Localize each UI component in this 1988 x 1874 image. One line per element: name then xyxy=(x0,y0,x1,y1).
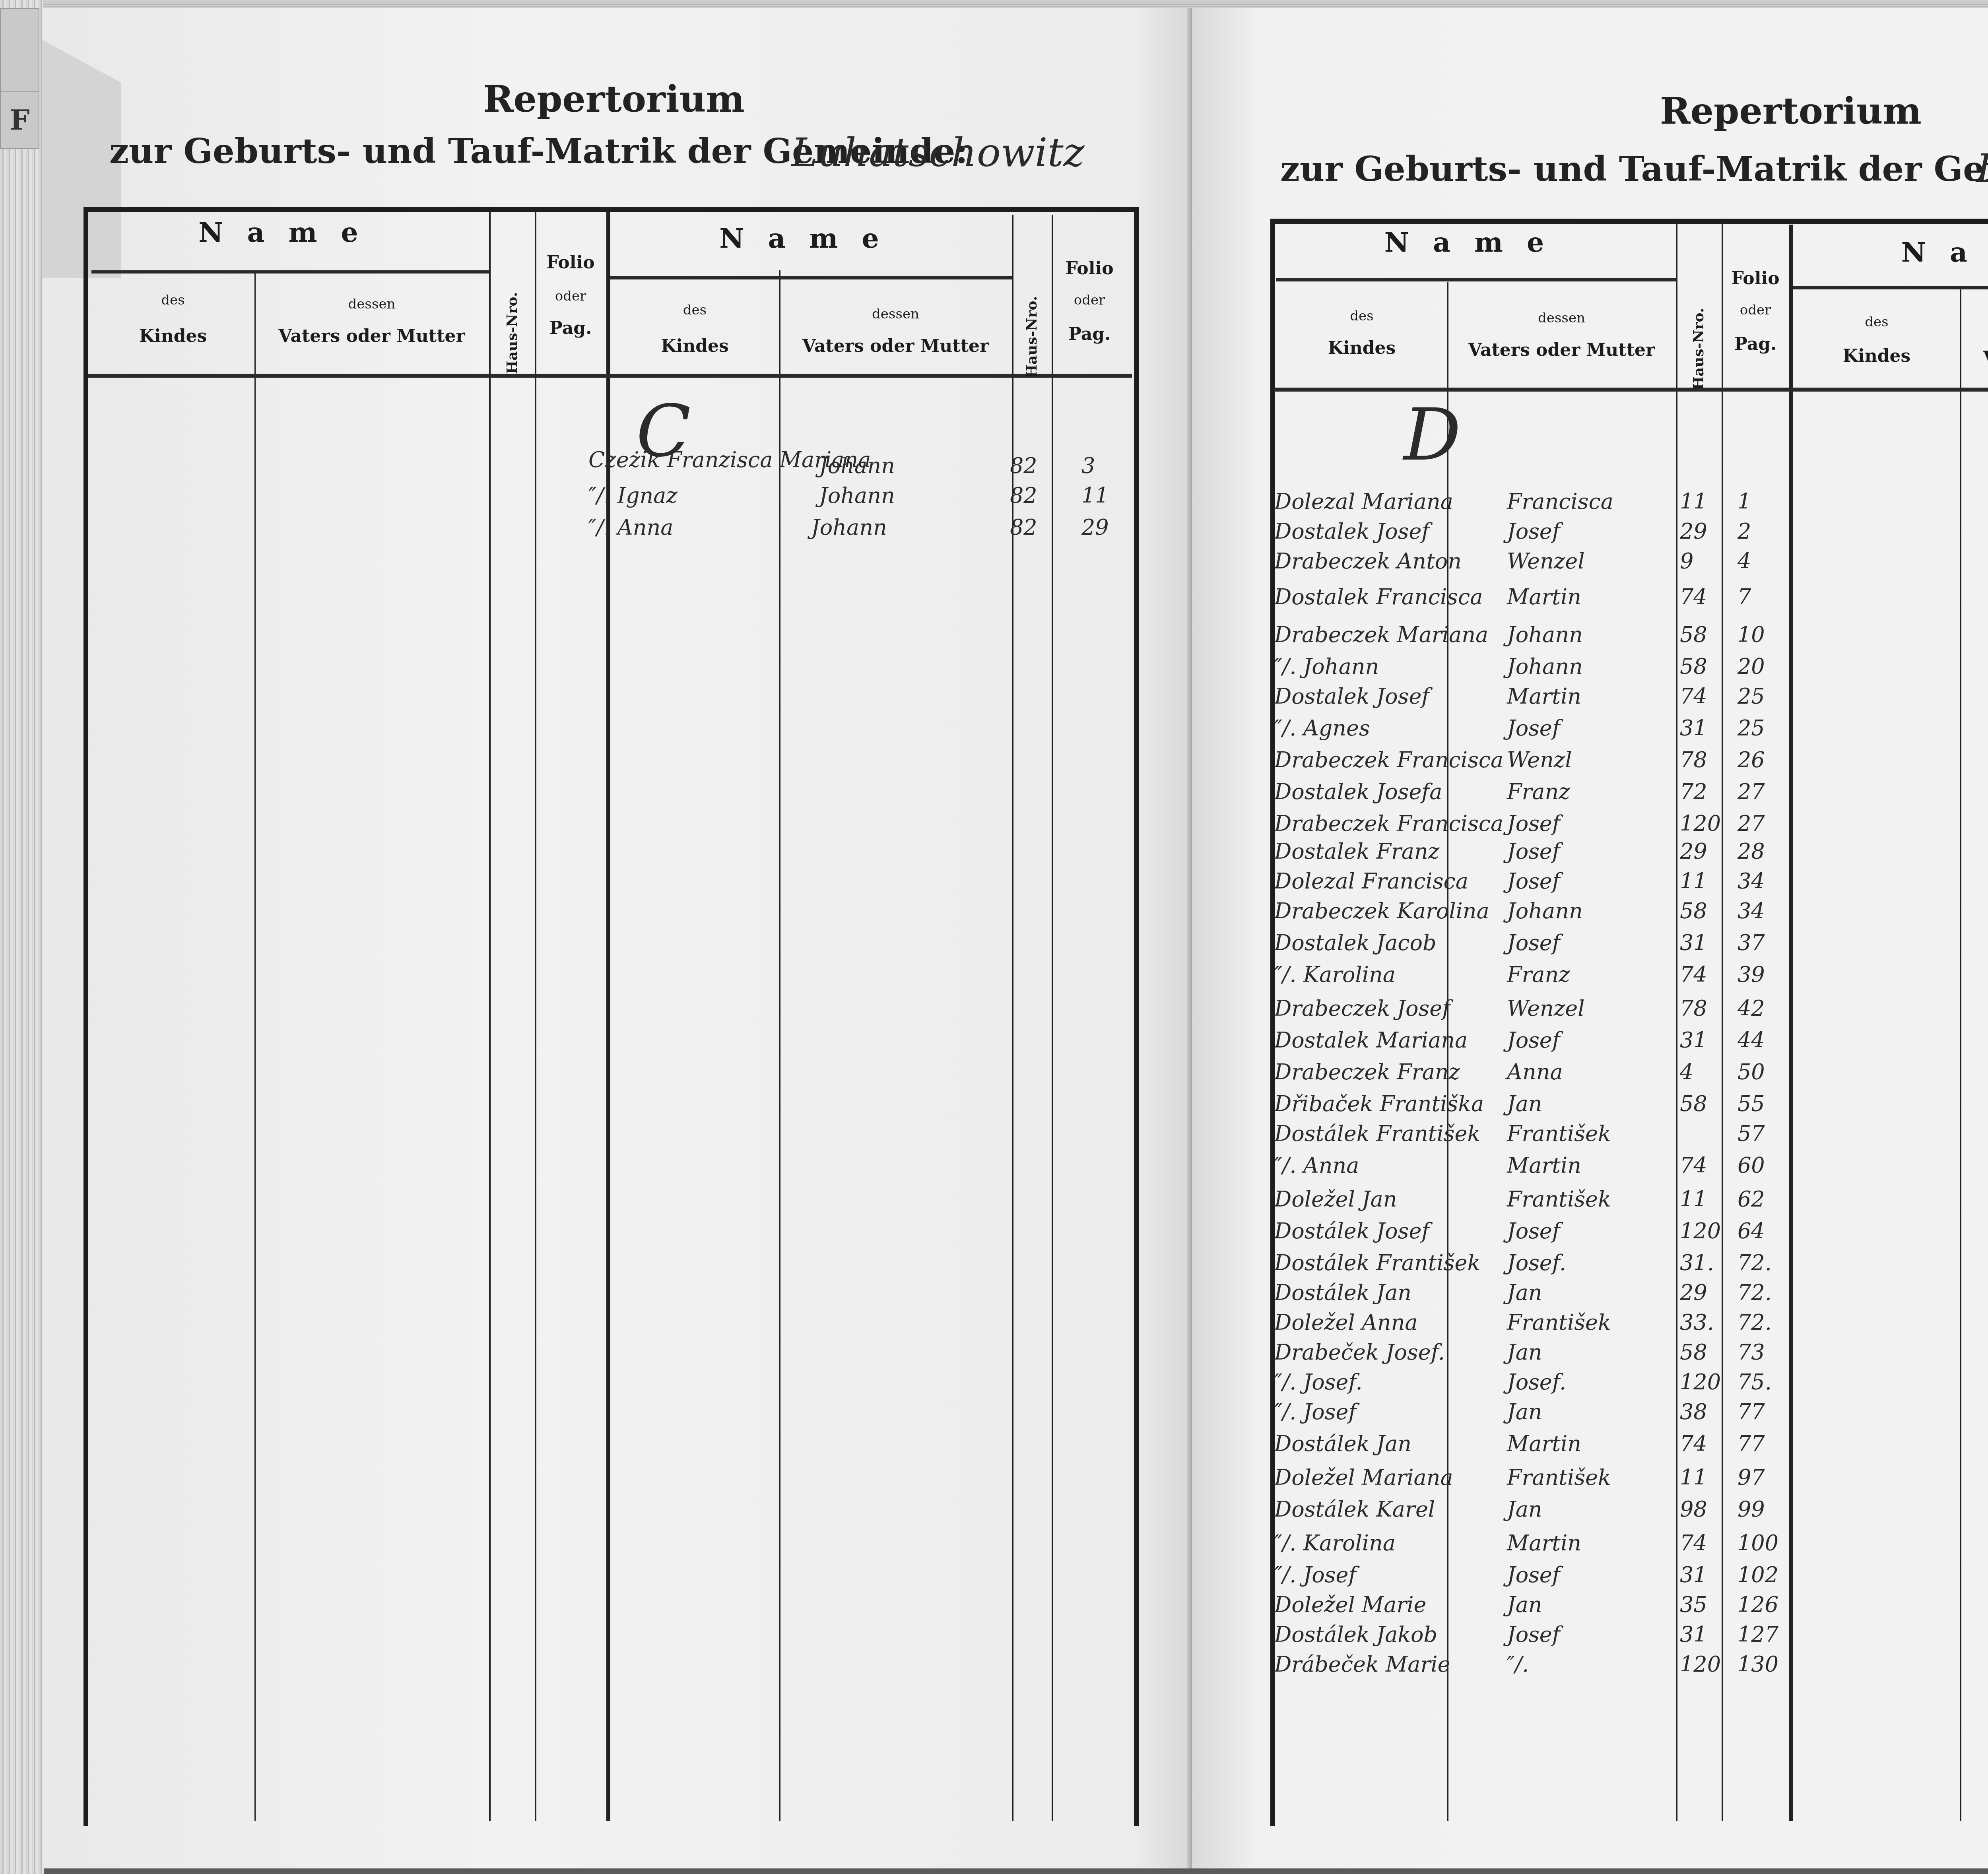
header-house-no-2: Haus-Nro. xyxy=(1023,299,1040,378)
entry-folio: 42 xyxy=(1738,996,1765,1021)
entry-house: 74 xyxy=(1680,584,1707,609)
header-parent-4: Vaters oder Mutter xyxy=(1960,348,1988,368)
entry-folio: 72. xyxy=(1738,1310,1772,1335)
entry-folio: 34 xyxy=(1738,869,1765,894)
entry-folio: 62 xyxy=(1738,1187,1765,1212)
entry-folio: 75. xyxy=(1738,1370,1772,1395)
left-index-tab xyxy=(0,8,39,101)
entry-parent: Josef xyxy=(1507,1562,1560,1587)
entry-folio: 100 xyxy=(1738,1531,1778,1556)
header-page-3: Pag. xyxy=(1722,334,1789,354)
entry-folio: 7 xyxy=(1738,584,1751,609)
entry-house: 29 xyxy=(1680,839,1707,864)
entry-parent: Josef xyxy=(1507,519,1560,544)
entry-parent: Wenzl xyxy=(1507,747,1572,772)
entry-parent: Jan xyxy=(1507,1592,1542,1617)
entry-child: Dostalek Franz xyxy=(1274,839,1439,864)
entry-child: Dostalek Josef xyxy=(1274,519,1429,544)
entry-child: Drabeczek Mariana xyxy=(1274,622,1488,647)
entry-house: 74 xyxy=(1680,962,1707,987)
header-parent: Vaters oder Mutter xyxy=(254,326,489,346)
entry-parent: Josef xyxy=(1507,811,1560,836)
entry-house: 74 xyxy=(1680,1431,1707,1456)
entry-house: 31 xyxy=(1680,930,1707,955)
entry-house: 74 xyxy=(1680,1531,1707,1556)
entry-child: Doležel Anna xyxy=(1274,1310,1418,1335)
book-edge-left xyxy=(0,0,44,1874)
entry-house: 72 xyxy=(1680,779,1707,804)
entry-child: ″/. Josef xyxy=(1274,1562,1357,1587)
entry-house: 11 xyxy=(1680,1465,1707,1490)
entry-parent: Franz xyxy=(1507,779,1570,804)
entry-house: 120 xyxy=(1680,1370,1721,1395)
entry-child: Dostálek Karel xyxy=(1274,1497,1435,1522)
entry-child: ″/. Karolina xyxy=(1274,1531,1396,1556)
entry-child: Dostalek Francisca xyxy=(1274,584,1483,609)
entry-house: 74 xyxy=(1680,684,1707,709)
entry-parent: Johann xyxy=(1507,654,1583,679)
entry-folio: 39 xyxy=(1738,962,1765,987)
entry-child: ″/. Karolina xyxy=(1274,962,1396,987)
entry-parent: Wenzel xyxy=(1507,996,1585,1021)
entry-house: 11 xyxy=(1680,489,1707,514)
entry-folio: 72. xyxy=(1738,1280,1772,1305)
entry-folio: 73 xyxy=(1738,1340,1765,1365)
left-index-tab-letter: F xyxy=(0,91,39,149)
entry-parent: Jan xyxy=(1507,1497,1542,1522)
header-parent-small: dessen xyxy=(254,296,489,312)
right-page-title: Repertorium xyxy=(1660,89,1922,132)
entry-house: 9 xyxy=(1680,549,1693,574)
entry-folio: 44 xyxy=(1738,1028,1765,1053)
entry-child: Dostálek Jan xyxy=(1274,1280,1411,1305)
header-name-4: Name xyxy=(1793,237,1988,268)
entry-child: ″/. Josef. xyxy=(1274,1370,1363,1395)
entry-parent: Jan xyxy=(1507,1399,1542,1424)
entry-parent: Josef xyxy=(1507,716,1560,741)
left-page-title: Repertorium xyxy=(483,78,745,120)
entry-parent: Jan xyxy=(1507,1340,1542,1365)
entry-child: ″/. Johann xyxy=(1274,654,1379,679)
header-parent-small-4: dessen xyxy=(1960,318,1988,334)
entry-folio: 28 xyxy=(1738,839,1765,864)
entry-folio: 4 xyxy=(1738,549,1751,574)
entry-house: 74 xyxy=(1680,1153,1707,1178)
entry-child: Dostálek Josef xyxy=(1274,1218,1429,1244)
header-child-4: Kindes xyxy=(1793,346,1960,366)
entry-folio: 102 xyxy=(1738,1562,1778,1587)
entry-parent: Wenzel xyxy=(1507,549,1585,574)
entry-house: 33. xyxy=(1680,1310,1714,1335)
header-child-3: Kindes xyxy=(1276,338,1447,358)
header-child-small-4: des xyxy=(1793,314,1960,330)
header-page: Pag. xyxy=(535,318,606,338)
header-page-2: Pag. xyxy=(1052,324,1127,344)
entry-house: 35 xyxy=(1680,1592,1707,1617)
entry-parent: Martin xyxy=(1507,684,1581,709)
entry-house: 31 xyxy=(1680,1562,1707,1587)
entry-child: Drabeczek Anton xyxy=(1274,549,1462,574)
entry-child: Dostálek František xyxy=(1274,1121,1480,1146)
entry-folio: 1 xyxy=(1738,489,1751,514)
entry-child: ″/. Anna xyxy=(1274,1153,1359,1178)
header-child-small: des xyxy=(91,292,254,308)
header-child-small-3: des xyxy=(1276,308,1447,324)
entry-house: 58 xyxy=(1680,622,1707,647)
entry-folio: 127 xyxy=(1738,1622,1778,1647)
entry-parent: Josef xyxy=(1507,1028,1560,1053)
left-page-parish: Luhatschowitz xyxy=(791,129,1084,176)
header-folio-2: Folio xyxy=(1052,258,1127,279)
entry-child: Dostalek Mariana xyxy=(1274,1028,1468,1053)
right-page-parish: Luhatschowitz xyxy=(1976,145,1988,192)
entry-folio: 97 xyxy=(1738,1465,1765,1490)
entry-child: Dostalek Jacob xyxy=(1274,930,1437,955)
entry-child: Doležel Marie xyxy=(1274,1592,1426,1617)
entry-parent: Jan xyxy=(1507,1091,1542,1116)
entry-parent: Josef xyxy=(1507,930,1560,955)
entry-house: 11 xyxy=(1680,869,1707,894)
entry-parent: Josef. xyxy=(1507,1370,1566,1395)
entry-parent: Josef xyxy=(1507,869,1560,894)
entry-folio: 25 xyxy=(1738,684,1765,709)
entry-child: Doležel Jan xyxy=(1274,1187,1397,1212)
entry-parent: František xyxy=(1507,1187,1611,1212)
entry-folio: 2 xyxy=(1738,519,1751,544)
entry-folio: 77 xyxy=(1738,1399,1765,1424)
entry-folio: 27 xyxy=(1738,779,1765,804)
entry-child: ″/. Josef xyxy=(1274,1399,1357,1424)
entry-house: 29 xyxy=(1680,1280,1707,1305)
entry-folio: 34 xyxy=(1738,898,1765,923)
entry-parent: Francisca xyxy=(1507,489,1613,514)
entry-parent: Martin xyxy=(1507,584,1581,609)
entry-house: 98 xyxy=(1680,1497,1707,1522)
entry-child: Doležel Mariana xyxy=(1274,1465,1453,1490)
entry-parent: Johann xyxy=(1507,622,1583,647)
entry-child: ″/. Agnes xyxy=(1274,716,1370,741)
entry-folio: 20 xyxy=(1738,654,1765,679)
entry-parent: Josef. xyxy=(1507,1250,1566,1275)
entry-child: Dřibaček Františka xyxy=(1274,1091,1484,1116)
entry-child: Dolezal Francisca xyxy=(1274,869,1468,894)
entry-child: Drabeczek Karolina xyxy=(1274,898,1489,923)
entry-house: 58 xyxy=(1680,1091,1707,1116)
header-folio-3: Folio xyxy=(1722,268,1789,289)
header-child-small-2: des xyxy=(610,302,779,318)
entry-parent: ″/. xyxy=(1507,1652,1529,1677)
entry-parent: Jan xyxy=(1507,1280,1542,1305)
entry-parent: Martin xyxy=(1507,1431,1581,1456)
header-name: Name xyxy=(91,217,489,248)
entry-house: 58 xyxy=(1680,654,1707,679)
entry-house: 58 xyxy=(1680,898,1707,923)
entry-child: Drabeczek Francisca xyxy=(1274,747,1503,772)
entry-house: 120 xyxy=(1680,1652,1721,1677)
entry-parent: Josef xyxy=(1507,1218,1560,1244)
header-parent-3: Vaters oder Mutter xyxy=(1447,340,1676,360)
entry-parent: František xyxy=(1507,1465,1611,1490)
entry-folio: 27 xyxy=(1738,811,1765,836)
header-child: Kindes xyxy=(91,326,254,346)
entry-folio: 10 xyxy=(1738,622,1765,647)
entry-house: 31 xyxy=(1680,716,1707,741)
entry-folio: 25 xyxy=(1738,716,1765,741)
header-parent-2: Vaters oder Mutter xyxy=(779,336,1012,356)
entry-house: 78 xyxy=(1680,996,1707,1021)
entry-parent: Josef xyxy=(1507,1622,1560,1647)
header-child-2: Kindes xyxy=(610,336,779,356)
entry-folio: 26 xyxy=(1738,747,1765,772)
entry-folio: 64 xyxy=(1738,1218,1765,1244)
entry-house: 120 xyxy=(1680,811,1721,836)
header-folio-or-3: oder xyxy=(1722,302,1789,318)
entry-folio: 37 xyxy=(1738,930,1765,955)
entry-child: Dostálek Jan xyxy=(1274,1431,1411,1456)
entry-parent: Johann xyxy=(1507,898,1583,923)
entry-parent: František xyxy=(1507,1121,1611,1146)
entry-house: 31 xyxy=(1680,1028,1707,1053)
header-folio-or-2: oder xyxy=(1052,292,1127,308)
header-parent-small-3: dessen xyxy=(1447,310,1676,326)
entry-folio: 57 xyxy=(1738,1121,1765,1146)
entry-child: Drábeček Marie xyxy=(1274,1652,1450,1677)
entry-child: Dostálek František xyxy=(1274,1250,1480,1275)
header-parent-small-2: dessen xyxy=(779,306,1012,322)
header-name-3: Name xyxy=(1276,227,1676,258)
entry-parent: František xyxy=(1507,1310,1611,1335)
entry-house: 31 xyxy=(1680,1622,1707,1647)
entry-child: Drabeczek Francisca xyxy=(1274,811,1503,836)
entry-folio: 72. xyxy=(1738,1250,1772,1275)
entry-house: 29 xyxy=(1680,519,1707,544)
right-page-subtitle: zur Geburts- und Tauf-Matrik der Gemeind… xyxy=(1280,149,1988,189)
section-letter-d: D xyxy=(1404,394,1461,477)
entry-folio: 99 xyxy=(1738,1497,1765,1522)
entry-folio: 60 xyxy=(1738,1153,1765,1178)
entry-child: Drabeček Josef. xyxy=(1274,1340,1445,1365)
entry-folio: 130 xyxy=(1738,1652,1778,1677)
entry-house: 11 xyxy=(1680,1187,1707,1212)
entry-child: Dostalek Josefa xyxy=(1274,779,1442,804)
header-house-no-3: Haus-Nro. xyxy=(1690,310,1707,390)
entry-folio: 77 xyxy=(1738,1431,1765,1456)
entry-house: 38 xyxy=(1680,1399,1707,1424)
entry-house: 120 xyxy=(1680,1218,1721,1244)
entry-folio: 126 xyxy=(1738,1592,1778,1617)
entry-parent: Franz xyxy=(1507,962,1570,987)
entry-parent: Martin xyxy=(1507,1531,1581,1556)
entry-child: Dolezal Mariana xyxy=(1274,489,1453,514)
entry-parent: Josef xyxy=(1507,839,1560,864)
entry-folio: 55 xyxy=(1738,1091,1765,1116)
entry-house: 78 xyxy=(1680,747,1707,772)
entry-house: 58 xyxy=(1680,1340,1707,1365)
entry-child: Drabeczek Franz xyxy=(1274,1059,1460,1084)
header-name-2: Name xyxy=(610,223,1012,254)
entry-child: Dostálek Jakob xyxy=(1274,1622,1437,1647)
entry-parent: Anna xyxy=(1507,1059,1563,1084)
entry-house: 31. xyxy=(1680,1250,1714,1275)
header-folio: Folio xyxy=(535,252,606,273)
entry-child: Drabeczek Josef xyxy=(1274,996,1450,1021)
entry-house: 4 xyxy=(1680,1059,1693,1084)
entry-parent: Martin xyxy=(1507,1153,1581,1178)
header-folio-or: oder xyxy=(535,288,606,304)
entry-child: Dostalek Josef xyxy=(1274,684,1429,709)
header-house-no: Haus-Nro. xyxy=(504,295,520,374)
entry-folio: 50 xyxy=(1738,1059,1765,1084)
